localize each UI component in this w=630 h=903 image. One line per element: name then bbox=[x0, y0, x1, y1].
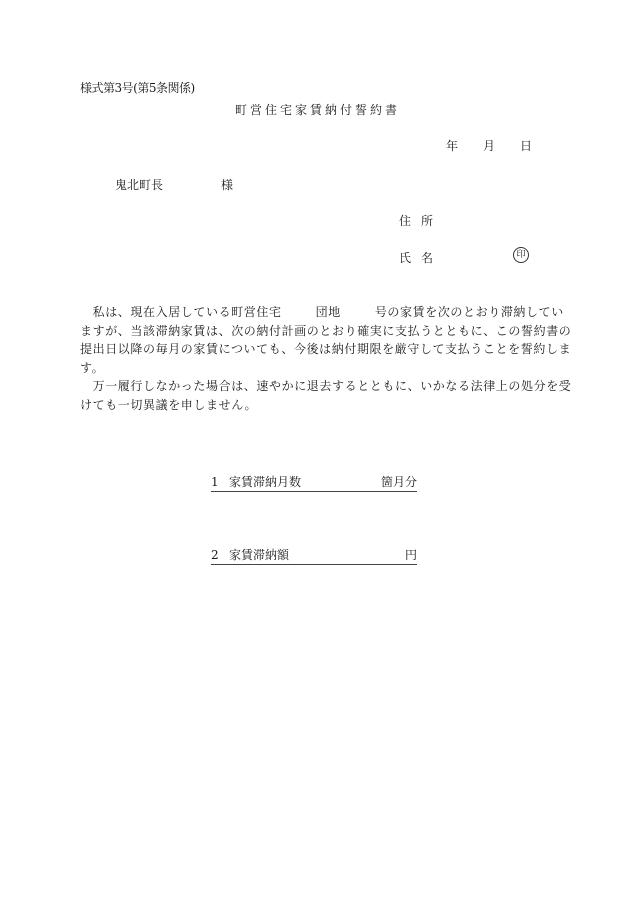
body-line-6: けても一切異議を申しません。 bbox=[80, 396, 552, 415]
item-unit: 箇月分 bbox=[381, 473, 417, 490]
date-day-label: 日 bbox=[520, 137, 532, 154]
body-line-5: 万一履行しなかった場合は、速やかに退去するとともに、いかなる法律上の処分を受 bbox=[80, 377, 552, 396]
body-text-1a: 私は、現在入居している町営住宅 bbox=[93, 305, 282, 319]
addressee-name: 鬼北町長 bbox=[115, 176, 221, 193]
body-text-1c: 号の家賃を次のとおり滞納してい bbox=[375, 305, 564, 319]
body-line-1: 私は、現在入居している町営住宅団地号の家賃を次のとおり滞納してい bbox=[80, 303, 552, 322]
item-number: 1 bbox=[211, 475, 229, 489]
date-year-label: 年 bbox=[446, 137, 483, 154]
seal-mark-icon: 印 bbox=[513, 247, 529, 263]
item-overdue-amount: 2家賃滞納額円 bbox=[211, 546, 417, 565]
item-label: 家賃滞納額 bbox=[229, 548, 289, 562]
item-label: 家賃滞納月数 bbox=[229, 475, 301, 489]
date-month-label: 月 bbox=[483, 137, 520, 154]
item-overdue-months: 1家賃滞納月数箇月分 bbox=[211, 473, 417, 492]
date-line: 年月日 bbox=[446, 137, 532, 154]
item-number: 2 bbox=[211, 548, 229, 562]
body-line-2: ますが、当該滞納家賃は、次の納付計画のとおり確実に支払うとともに、この誓約書の bbox=[80, 322, 552, 341]
body-line-4: す。 bbox=[80, 359, 552, 378]
body-line-3: 提出日以降の毎月の家賃についても、今後は納付期限を厳守して支払うことを誓約しま bbox=[80, 340, 552, 359]
addressee-honorific: 様 bbox=[221, 178, 233, 192]
name-label: 氏名 bbox=[399, 249, 443, 266]
address-label: 住所 bbox=[399, 212, 443, 229]
form-number: 様式第3号(第5条関係) bbox=[80, 79, 195, 96]
body-text-1b: 団地 bbox=[316, 305, 341, 319]
document-title: 町営住宅家賃納付誓約書 bbox=[235, 101, 400, 118]
addressee: 鬼北町長様 bbox=[115, 176, 233, 193]
item-unit: 円 bbox=[405, 546, 417, 563]
body-text-5: 万一履行しなかった場合は、速やかに退去するとともに、いかなる法律上の処分を受 bbox=[93, 379, 572, 393]
pledge-body: 私は、現在入居している町営住宅団地号の家賃を次のとおり滞納してい ますが、当該滞… bbox=[80, 303, 552, 414]
